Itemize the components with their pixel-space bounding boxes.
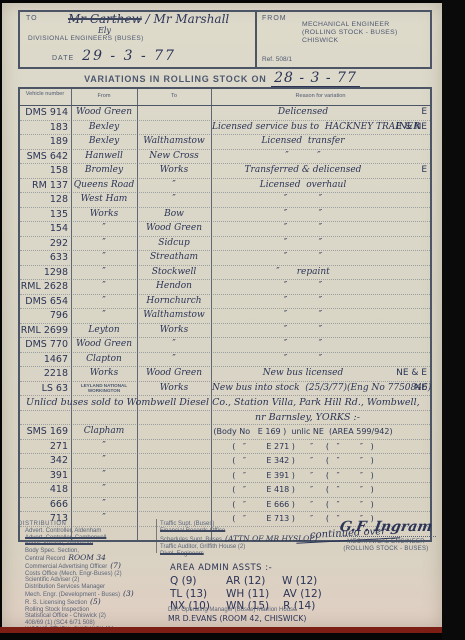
scan-black-band xyxy=(442,0,465,640)
table-row: Unlicd buses sold to Wombwell Diesel Co.… xyxy=(20,396,430,411)
reason-for-variation: ″ ″ xyxy=(212,150,394,163)
reason-for-variation: ″ ″ xyxy=(212,251,394,264)
handwritten-addition: (5) xyxy=(90,597,101,606)
col-header-vehicle: Vehicle number xyxy=(20,92,70,98)
from-label: FROM xyxy=(262,15,287,22)
to-correction: Ely xyxy=(98,26,111,35)
signature-role-1: MECHANICAL ENGINEER xyxy=(336,539,436,546)
table-row: 2218WorksWood GreenNew bus licensedNE & … xyxy=(20,367,430,382)
to-garage: Works xyxy=(138,382,210,395)
vehicle-number: 128 xyxy=(20,193,68,206)
list-item: Costs Office (Mech. Engr-Buses) (2) xyxy=(18,571,158,578)
vehicle-number: 158 xyxy=(20,164,68,177)
vehicle-number: 2218 xyxy=(20,367,68,380)
signature-block: G.F. Ingram MECHANICAL ENGINEER (ROLLING… xyxy=(336,519,436,553)
table-row: 183BexleyLicensed service bus to HACKNEY… xyxy=(20,121,430,136)
table-row: 189BexleyWalthamstowLicensed transfer xyxy=(20,135,430,150)
list-item: Central RecordROOM 34 xyxy=(18,555,158,563)
table-row: 666″( ″ E 666 ) ″ ( ″ ″ ) xyxy=(20,498,430,513)
reason-for-variation: ″ ″ xyxy=(212,295,394,308)
title-date: 28 - 3 - 77 xyxy=(271,70,360,87)
reason-for-variation: ″ ″ xyxy=(212,222,394,235)
list-item: Rolling Stock Inspection xyxy=(18,607,158,614)
from-garage: ″ xyxy=(72,237,136,250)
area-admin-cell: W (12) xyxy=(282,575,324,588)
from-garage: ″ xyxy=(72,483,136,496)
memo-header-box: TO Mr Carthew / Mr Marshall Ely DIVISION… xyxy=(18,10,432,69)
to-garage: Wood Green xyxy=(138,367,210,380)
col-header-reason: Reason for variation xyxy=(211,94,430,100)
to-garage: Walthamstow xyxy=(138,135,210,148)
area-code: NE xyxy=(415,382,427,395)
scan-edge-strip xyxy=(0,627,443,633)
reason-for-variation: ″ ″ xyxy=(212,338,394,351)
from-garage: ″ xyxy=(72,295,136,308)
table-row: DMS 654″Hornchurch″ ″ xyxy=(20,295,430,310)
table-row: 633″Streatham″ ″ xyxy=(20,251,430,266)
signature: G.F. Ingram xyxy=(335,519,438,535)
list-item: Advert. Controller, Camberwell xyxy=(18,535,158,542)
spanning-note: Unlicd buses sold to Wombwell Diesel Co.… xyxy=(26,396,426,409)
vehicle-number: SMS 642 xyxy=(20,150,68,163)
reason-for-variation: ( ″ E 391 ) ″ ( ″ ″ ) xyxy=(212,469,394,482)
vehicle-number: LS 63 xyxy=(20,382,68,395)
handwritten-addition: (ATTN OF MR HYSLOP) xyxy=(225,534,317,543)
vehicle-number: RM 137 xyxy=(20,179,68,192)
table-row: RML 2699LeytonWorks″ ″ xyxy=(20,324,430,339)
col-header-from: From xyxy=(71,94,137,100)
to-garage: Sidcup xyxy=(138,237,210,250)
list-item: Schedules Supt, Buses(ATTN OF MR HYSLOP) xyxy=(160,535,330,544)
list-item: Divnl. Engineers xyxy=(160,551,330,558)
variations-table: Vehicle number From To Reason for variat… xyxy=(18,87,432,542)
area-admin-row: Q (9)AR (12)W (12) xyxy=(170,575,340,588)
from-line-2: (ROLLING STOCK - BUSES) xyxy=(302,29,398,37)
list-item: Blinds Section, Aldenham xyxy=(18,541,158,548)
from-garage: ″ xyxy=(72,266,136,279)
list-item: Mech. Engr. (Development - Buses)(3) xyxy=(18,591,158,599)
to-garage: Works xyxy=(138,164,210,177)
signature-role-2: (ROLLING STOCK - BUSES) xyxy=(336,546,436,553)
ref-number: Ref. 508/1 xyxy=(262,56,292,63)
to-printed-title: DIVISIONAL ENGINEERS (BUSES) xyxy=(28,35,144,42)
list-item: Scientific Adviser (2) xyxy=(18,577,158,584)
operating-manager-printed: Divl. Operating Manager (Buses) Marrion … xyxy=(168,607,306,613)
from-garage: Works xyxy=(72,367,136,380)
reason-for-variation: Transferred & delicensed xyxy=(212,164,394,177)
reason-for-variation: ″ ″ xyxy=(212,280,394,293)
list-item: Distribution Services Manager xyxy=(18,584,158,591)
vehicle-number: 1467 xyxy=(20,353,68,366)
reason-for-variation: ″ ″ xyxy=(212,193,394,206)
to-garage: Walthamstow xyxy=(138,309,210,322)
to-garage: ″ xyxy=(138,193,210,206)
reason-for-variation: Licensed transfer xyxy=(212,135,394,148)
table-row: 796″Walthamstow″ ″ xyxy=(20,309,430,324)
table-row: 292″Sidcup″ ″ xyxy=(20,237,430,252)
to-garage: Streatham xyxy=(138,251,210,264)
vehicle-number: 796 xyxy=(20,309,68,322)
vehicle-number: DMS 654 xyxy=(20,295,68,308)
reason-for-variation: (Body No E 169 ) unlic NE (AREA 599/942) xyxy=(212,425,394,438)
spanning-note: nr Barnsley, YORKS :- xyxy=(255,411,426,424)
area-admin-cell: WH (11) xyxy=(226,588,269,601)
from-address: MECHANICAL ENGINEER (ROLLING STOCK - BUS… xyxy=(302,21,398,45)
to-recipient-struck: Mr Carthew xyxy=(68,12,142,26)
reason-for-variation: ″ ″ xyxy=(212,309,394,322)
distribution-list: DISTRIBUTION Advert. Controller, Aldenha… xyxy=(18,521,158,634)
list-item: Advert. Controller, Aldenham xyxy=(18,528,158,535)
area-code: E xyxy=(421,106,427,119)
area-admin-title: AREA ADMIN ASSTS :- xyxy=(170,563,340,573)
vehicle-number: 183 xyxy=(20,121,68,134)
table-row: SMS 642HanwellNew Cross″ ″ xyxy=(20,150,430,165)
table-row: 135WorksBow″ ″ xyxy=(20,208,430,223)
to-garage: Wood Green xyxy=(138,222,210,235)
vehicle-number: 1298 xyxy=(20,266,68,279)
paper: TO Mr Carthew / Mr Marshall Ely DIVISION… xyxy=(2,3,442,627)
from-garage: Bromley xyxy=(72,164,136,177)
reason-for-variation: ″ repaint xyxy=(212,266,394,279)
operating-manager-block: Divl. Operating Manager (Buses) Marrion … xyxy=(168,607,306,623)
table-row: 1298″Stockwell″ repaint xyxy=(20,266,430,281)
reason-for-variation: ( ″ E 271 ) ″ ( ″ ″ ) xyxy=(212,440,394,453)
to-garage: ″ xyxy=(138,338,210,351)
to-garage: Hornchurch xyxy=(138,295,210,308)
reason-for-variation: New bus into stock (25/3/77)(Eng No 7750… xyxy=(212,382,394,395)
reason-for-variation: ( ″ E 342 ) ″ ( ″ ″ ) xyxy=(212,454,394,467)
list-item: Statistical Office - Chiswick (2) xyxy=(18,613,158,620)
reason-for-variation: ( ″ E 666 ) ″ ( ″ ″ ) xyxy=(212,498,394,511)
to-recipient-rest: / Mr Marshall xyxy=(146,12,230,26)
from-garage: ″ xyxy=(72,222,136,235)
reason-for-variation: ″ ″ xyxy=(212,353,394,366)
reason-for-variation: ( ″ E 418 ) ″ ( ″ ″ ) xyxy=(212,483,394,496)
area-admin-row: TL (13)WH (11)AV (12) xyxy=(170,588,340,601)
vehicle-number: RML 2628 xyxy=(20,280,68,293)
list-item: Traffic Supt. (Buses) xyxy=(160,521,330,528)
vehicle-number: 154 xyxy=(20,222,68,235)
handwritten-addition: (3) xyxy=(123,589,134,598)
vehicle-number: RML 2699 xyxy=(20,324,68,337)
handwritten-addition: ROOM 34 xyxy=(68,553,106,562)
list-item: R. S. Licensing Section(5) xyxy=(18,599,158,607)
table-row: nr Barnsley, YORKS :- xyxy=(20,411,430,426)
list-item: Commercial Advertising Officer(7) xyxy=(18,563,158,571)
from-garage: LEYLAND NATIONAL WORKINGTON xyxy=(72,383,136,393)
header-vline-2 xyxy=(137,89,138,105)
from-garage: West Ham xyxy=(72,193,136,206)
handwritten-addition: (7) xyxy=(110,561,121,570)
from-garage: Bexley xyxy=(72,135,136,148)
area-code: NE & E xyxy=(396,367,427,380)
to-garage: ″ xyxy=(138,353,210,366)
table-row: 418″( ″ E 418 ) ″ ( ″ ″ ) xyxy=(20,483,430,498)
to-label: TO xyxy=(26,15,38,22)
table-row: 154″Wood Green″ ″ xyxy=(20,222,430,237)
header-vline-1 xyxy=(71,89,72,105)
table-row: 1467Clapton″″ ″ xyxy=(20,353,430,368)
vehicle-number: SMS 169 xyxy=(20,425,68,438)
to-recipients: Mr Carthew / Mr Marshall xyxy=(68,12,229,26)
page-title: VARIATIONS IN ROLLING STOCK ON 28 - 3 - … xyxy=(2,69,442,87)
list-item: Traffic Auditor, Griffith House (2) xyxy=(160,544,330,551)
table-row: 342″( ″ E 342 ) ″ ( ″ ″ ) xyxy=(20,454,430,469)
date-value: 29 - 3 - 77 xyxy=(82,48,176,64)
table-row: DMS 914Wood GreenDelicensedE xyxy=(20,106,430,121)
to-garage: New Cross xyxy=(138,150,210,163)
vehicle-number: 633 xyxy=(20,251,68,264)
date-label: DATE xyxy=(52,55,74,62)
table-row: RML 2628″Hendon″ ″ xyxy=(20,280,430,295)
from-garage: Clapton xyxy=(72,353,136,366)
vehicle-number: 292 xyxy=(20,237,68,250)
table-row: 271″( ″ E 271 ) ″ ( ″ ″ ) xyxy=(20,440,430,455)
table-body: DMS 914Wood GreenDelicensedE183BexleyLic… xyxy=(20,106,430,540)
operating-manager-handwritten: MR D.EVANS (ROOM 42, CHISWICK) xyxy=(168,614,306,623)
table-row: LS 63LEYLAND NATIONAL WORKINGTONWorksNew… xyxy=(20,382,430,397)
from-garage: Clapham xyxy=(72,425,136,438)
table-row: 128West Ham″″ ″ xyxy=(20,193,430,208)
reason-for-variation: ″ ″ xyxy=(212,237,394,250)
table-row: SMS 169Clapham(Body No E 169 ) unlic NE … xyxy=(20,425,430,440)
signature-rule xyxy=(336,536,436,537)
vehicle-number: DMS 914 xyxy=(20,106,68,119)
table-row: 158BromleyWorksTransferred & delicensedE xyxy=(20,164,430,179)
reason-for-variation: Licensed service bus to HACKNEY TRAINER xyxy=(212,121,394,134)
from-garage: ″ xyxy=(72,280,136,293)
header-vline-3 xyxy=(211,89,212,105)
footer: DISTRIBUTION Advert. Controller, Aldenha… xyxy=(18,519,428,627)
from-garage: ″ xyxy=(72,309,136,322)
distribution-title: DISTRIBUTION xyxy=(18,521,158,528)
vehicle-number: DMS 770 xyxy=(20,338,68,351)
vehicle-number: 342 xyxy=(20,454,68,467)
vehicle-number: 391 xyxy=(20,469,68,482)
area-admin-cell: AR (12) xyxy=(226,575,268,588)
from-line-1: MECHANICAL ENGINEER xyxy=(302,21,398,29)
to-garage: Hendon xyxy=(138,280,210,293)
from-garage: ″ xyxy=(72,498,136,511)
from-line-3: CHISWICK xyxy=(302,37,398,45)
from-garage: Wood Green xyxy=(72,106,136,119)
from-garage: ″ xyxy=(72,251,136,264)
date-row: DATE29 - 3 - 77 xyxy=(52,48,176,64)
scanned-document: TO Mr Carthew / Mr Marshall Ely DIVISION… xyxy=(0,0,465,640)
from-garage: ″ xyxy=(72,454,136,467)
reason-for-variation: New bus licensed xyxy=(212,367,394,380)
reason-for-variation: ″ ″ xyxy=(212,208,394,221)
table-row: RM 137Queens Road″Licensed overhaul xyxy=(20,179,430,194)
reason-for-variation: Licensed overhaul xyxy=(212,179,394,192)
table-row: 391″( ″ E 391 ) ″ ( ″ ″ ) xyxy=(20,469,430,484)
reason-for-variation: ″ ″ xyxy=(212,324,394,337)
from-garage: Hanwell xyxy=(72,150,136,163)
table-row: DMS 770Wood Green″″ ″ xyxy=(20,338,430,353)
vehicle-number: 135 xyxy=(20,208,68,221)
vehicle-number: 666 xyxy=(20,498,68,511)
area-admin-block: AREA ADMIN ASSTS :- Q (9)AR (12)W (12)TL… xyxy=(170,563,340,613)
col-header-to: To xyxy=(137,94,211,100)
reason-for-variation: Delicensed xyxy=(212,106,394,119)
vehicle-number: 418 xyxy=(20,483,68,496)
from-garage: Works xyxy=(72,208,136,221)
to-garage: Works xyxy=(138,324,210,337)
from-garage: Queens Road xyxy=(72,179,136,192)
from-garage: Bexley xyxy=(72,121,136,134)
area-code: E & NE xyxy=(396,121,427,134)
from-garage: Wood Green xyxy=(72,338,136,351)
from-garage: Leyton xyxy=(72,324,136,337)
area-code: E xyxy=(421,164,427,177)
from-garage: ″ xyxy=(72,469,136,482)
from-garage: ″ xyxy=(72,440,136,453)
table-header: Vehicle number From To Reason for variat… xyxy=(20,89,430,106)
area-admin-cell: TL (13) xyxy=(170,588,212,601)
vehicle-number: 189 xyxy=(20,135,68,148)
to-garage: Stockwell xyxy=(138,266,210,279)
header-divider xyxy=(255,12,257,67)
title-printed: VARIATIONS IN ROLLING STOCK ON xyxy=(84,74,267,84)
routing-list: Traffic Supt. (Buses)Financial Records O… xyxy=(160,521,330,558)
to-garage: Bow xyxy=(138,208,210,221)
vehicle-number: 271 xyxy=(20,440,68,453)
area-admin-cell: Q (9) xyxy=(170,575,212,588)
to-garage: ″ xyxy=(138,179,210,192)
area-admin-cell: AV (12) xyxy=(283,588,325,601)
